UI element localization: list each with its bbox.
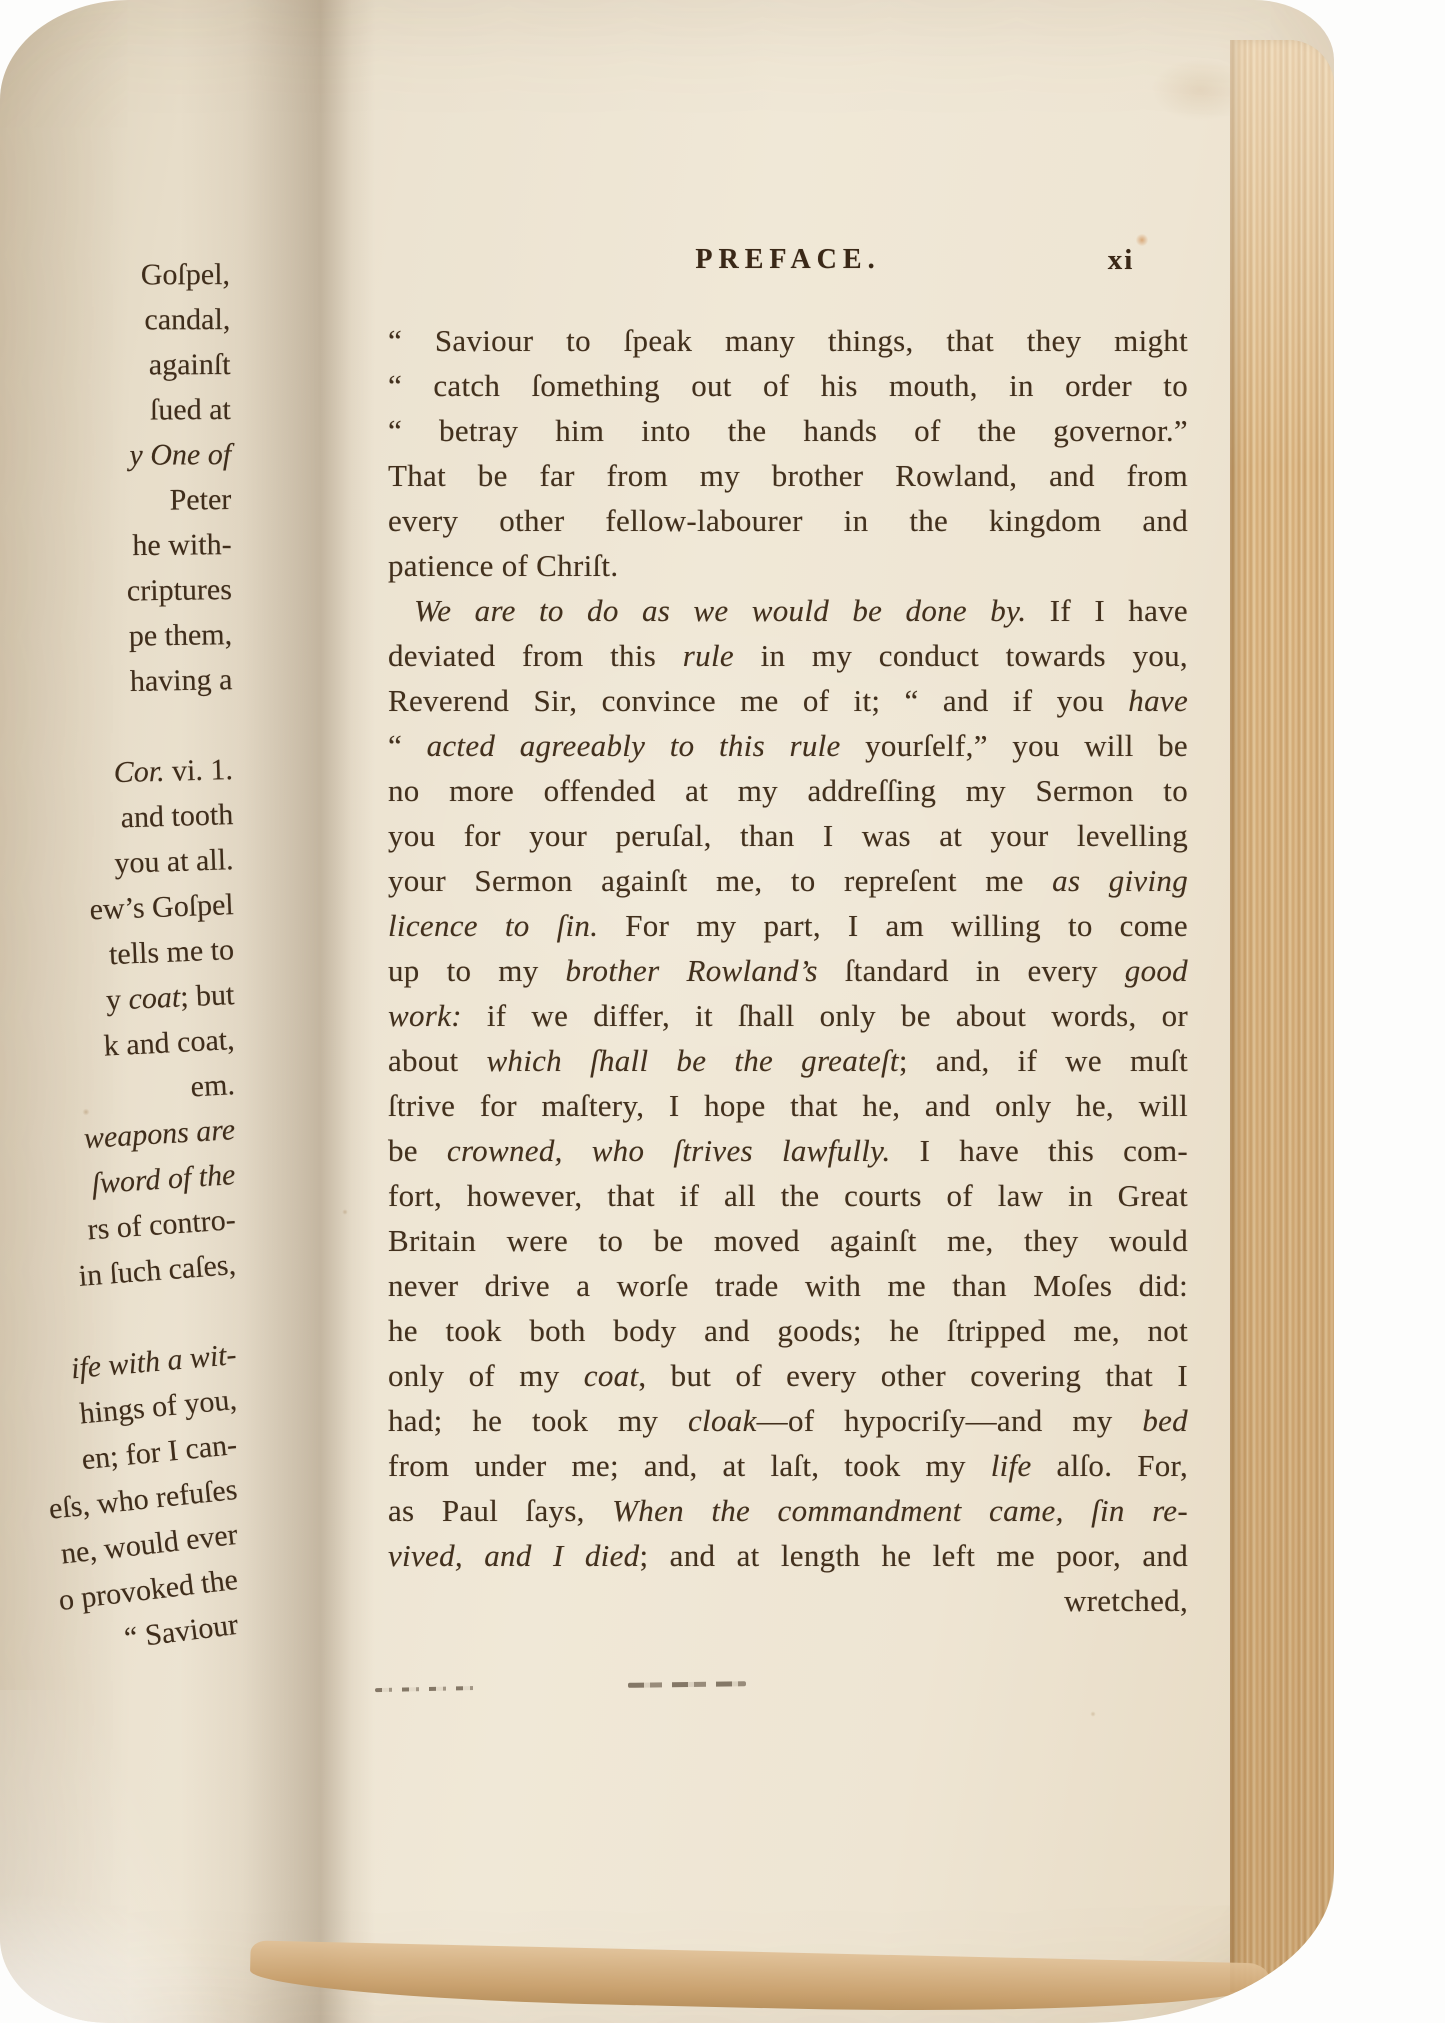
italic-text-run: weapons are: [83, 1113, 236, 1155]
italic-text-run: coat: [584, 1358, 639, 1393]
italic-text-run: cloak: [688, 1403, 757, 1438]
italic-text-run: Cor.: [113, 755, 165, 789]
left-page-text-line: ſued at: [1, 388, 237, 434]
italic-text-run: brother Rowland’s: [566, 953, 818, 988]
text-run: Peter: [170, 483, 232, 517]
text-run: your Sermon againſt me, to repreſent me: [388, 863, 1052, 898]
left-page-text-line: Peter: [1, 478, 237, 525]
text-run: “ Saviour to ſpeak many things, that the…: [388, 323, 1188, 358]
text-run: Goſpel,: [141, 258, 230, 291]
text-run: yourſelf,” you will be: [841, 728, 1188, 763]
text-run: criptures: [127, 573, 232, 607]
text-line: no more offended at my addreſſing my Ser…: [388, 768, 1188, 813]
text-line: wretched,: [388, 1578, 1188, 1623]
italic-text-run: coat: [128, 981, 181, 1016]
text-line: vived, and I died; and at length he left…: [388, 1533, 1188, 1578]
text-run: having a: [130, 663, 233, 698]
text-line: never drive a worſe trade with me than M…: [388, 1263, 1188, 1308]
text-line: work: if we differ, it ſhall only be abo…: [388, 993, 1188, 1038]
text-line: That be far from my brother Rowland, and…: [388, 453, 1188, 498]
text-run: ſued at: [150, 393, 231, 426]
italic-text-run: y One of: [129, 438, 231, 472]
text-run: he took both body and goods; he ſtripped…: [388, 1313, 1188, 1348]
left-page-text-line: and tooth: [3, 793, 240, 845]
text-run: patience of Chriſt.: [388, 548, 618, 583]
text-run: y: [105, 983, 129, 1017]
text-line: licence to ſin. For my part, I am willin…: [388, 903, 1188, 948]
page-header: PREFACE.: [388, 244, 1188, 276]
text-run: If I have: [1026, 593, 1188, 628]
italic-text-run: have: [1128, 683, 1188, 718]
text-run: “ catch ſomething out of his mouth, in o…: [388, 368, 1188, 403]
text-line: as Paul ſays, When the commandment came,…: [388, 1488, 1188, 1533]
left-page-text-line: Goſpel,: [0, 253, 236, 299]
book-page-photo: PREFACE. xi Goſpel,candal,againſtſued at…: [0, 0, 1334, 2023]
text-line: your Sermon againſt me, to repreſent me …: [388, 858, 1188, 903]
italic-text-run: rule: [683, 638, 734, 673]
text-run: ; and, if we muſt: [899, 1043, 1188, 1078]
text-line: “ Saviour to ſpeak many things, that the…: [388, 318, 1188, 363]
text-run: and tooth: [120, 798, 233, 834]
text-run: about: [388, 1043, 486, 1078]
left-page-text-line: having a: [2, 658, 239, 708]
text-run: you for your peruſal, than I was at your…: [388, 818, 1188, 853]
bottom-page-edge-stack: [249, 1940, 1270, 2019]
text-run: pe them,: [129, 618, 233, 653]
text-run: fort, however, that if all the courts of…: [388, 1178, 1188, 1213]
text-run: candal,: [144, 303, 230, 336]
left-page-text-line: candal,: [0, 298, 236, 344]
text-line: We are to do as we would be done by. If …: [388, 588, 1188, 633]
preface-text-block: “ Saviour to ſpeak many things, that the…: [388, 318, 1188, 1623]
text-line: had; he took my cloak—of hypocriſy—and m…: [388, 1398, 1188, 1443]
text-line: about which ſhall be the greateſt; and, …: [388, 1038, 1188, 1083]
italic-text-run: which ſhall be the greateſt: [486, 1043, 898, 1078]
text-line: Reverend Sir, convince me of it; “ and i…: [388, 678, 1188, 723]
left-page-text-line: Cor. vi. 1.: [2, 748, 239, 799]
text-run: from under me; and, at laſt, took my: [388, 1448, 991, 1483]
text-run: em.: [190, 1068, 236, 1103]
text-line: only of my coat, but of every other cove…: [388, 1353, 1188, 1398]
photo-canvas: { "document": { "type": "antique-book-pa…: [0, 0, 1445, 2023]
text-run: every other fellow-labourer in the kingd…: [388, 503, 1188, 538]
italic-text-run: good: [1125, 953, 1188, 988]
ink-smudge: [375, 1686, 483, 1692]
italic-text-run: bed: [1142, 1403, 1188, 1438]
text-run: as Paul ſays,: [388, 1493, 612, 1528]
text-run: “ Saviour: [123, 1608, 240, 1655]
text-run: tells me to: [108, 933, 234, 971]
text-line: “ betray him into the hands of the gover…: [388, 408, 1188, 453]
text-line: be crowned, who ſtrives lawfully. I have…: [388, 1128, 1188, 1173]
text-line: “ acted agreeably to this rule yourſelf,…: [388, 723, 1188, 768]
text-run: had; he took my: [388, 1403, 688, 1438]
left-page-text-line: againſt: [0, 343, 236, 389]
text-run: you at all.: [114, 843, 234, 880]
text-run: k and coat,: [103, 1023, 235, 1063]
text-run: be: [388, 1133, 447, 1168]
text-run: wretched,: [1064, 1583, 1188, 1618]
text-run: againſt: [149, 348, 231, 381]
text-line: “ catch ſomething out of his mouth, in o…: [388, 363, 1188, 408]
italic-text-run: We are to do as we would be done by.: [414, 593, 1026, 628]
text-run: rs of contro-: [86, 1203, 236, 1246]
italic-text-run: vived, and I died: [388, 1538, 639, 1573]
right-page-edge-stack: [1230, 40, 1334, 1992]
left-page-text-line: y One of: [1, 433, 237, 480]
text-run: That be far from my brother Rowland, and…: [388, 458, 1188, 493]
text-run: in my conduct towards you,: [734, 638, 1188, 673]
text-line: patience of Chriſt.: [388, 543, 1188, 588]
text-run: Britain were to be moved againſt me, the…: [388, 1223, 1188, 1258]
text-run: he with-: [132, 528, 232, 562]
left-page-fragments: Goſpel,candal,againſtſued aty One ofPete…: [0, 253, 236, 1648]
text-run: ſtandard in every: [818, 953, 1125, 988]
text-run: alſo. For,: [1032, 1448, 1188, 1483]
left-page-text-line: you at all.: [3, 838, 240, 891]
italic-text-run: acted agreeably to this rule: [427, 728, 841, 763]
left-page-text-line: criptures: [2, 568, 239, 616]
text-line: you for your peruſal, than I was at your…: [388, 813, 1188, 858]
text-line: up to my brother Rowland’s ſtandard in e…: [388, 948, 1188, 993]
text-run: ; and at length he left me poor, and: [639, 1538, 1188, 1573]
text-run: —of hypocriſy—and my: [757, 1403, 1143, 1438]
italic-text-run: as giving: [1052, 863, 1188, 898]
text-line: ſtrive for maſtery, I hope that he, and …: [388, 1083, 1188, 1128]
text-run: Reverend Sir, convince me of it; “ and i…: [388, 683, 1128, 718]
text-run: no more offended at my addreſſing my Ser…: [388, 773, 1188, 808]
text-line: deviated from this rule in my conduct to…: [388, 633, 1188, 678]
text-line: fort, however, that if all the courts of…: [388, 1173, 1188, 1218]
text-run: never drive a worſe trade with me than M…: [388, 1268, 1188, 1303]
left-page-text-line: he with-: [1, 523, 237, 571]
text-run: deviated from this: [388, 638, 683, 673]
text-line: every other fellow-labourer in the kingd…: [388, 498, 1188, 543]
text-run: “ betray him into the hands of the gover…: [388, 413, 1188, 448]
text-run: ſtrive for maſtery, I hope that he, and …: [388, 1088, 1188, 1123]
text-run: , but of every other covering that I: [638, 1358, 1188, 1393]
italic-text-run: ife with a wit-: [70, 1338, 238, 1385]
italic-text-run: licence to ſin.: [388, 908, 598, 943]
text-run: hings of you,: [78, 1383, 238, 1430]
text-run: ; but: [179, 978, 235, 1013]
italic-text-run: work:: [388, 998, 462, 1033]
left-page-text-line: pe them,: [2, 613, 239, 662]
ink-smudge: [628, 1681, 746, 1688]
italic-text-run: crowned, who ſtrives lawfully.: [447, 1133, 891, 1168]
text-run: in ſuch caſes,: [78, 1248, 237, 1293]
italic-text-run: ſword of the: [91, 1158, 237, 1200]
text-line: he took both body and goods; he ſtripped…: [388, 1308, 1188, 1353]
italic-text-run: life: [991, 1448, 1032, 1483]
text-line: from under me; and, at laſt, took my lif…: [388, 1443, 1188, 1488]
text-run: I have this com-: [891, 1133, 1188, 1168]
page-number: xi: [1086, 244, 1156, 277]
text-run: if we differ, it ſhall only be about wor…: [462, 998, 1188, 1033]
text-run: ew’s Goſpel: [89, 888, 234, 926]
text-run: vi. 1.: [164, 753, 233, 788]
text-run: up to my: [388, 953, 566, 988]
italic-text-run: When the commandment came, ſin re-: [612, 1493, 1188, 1528]
left-page-text-line: [2, 703, 239, 753]
text-run: only of my: [388, 1358, 584, 1393]
text-line: Britain were to be moved againſt me, the…: [388, 1218, 1188, 1263]
preface-title: PREFACE.: [695, 244, 880, 275]
text-run: For my part, I am willing to come: [598, 908, 1188, 943]
text-run: “: [388, 728, 427, 763]
